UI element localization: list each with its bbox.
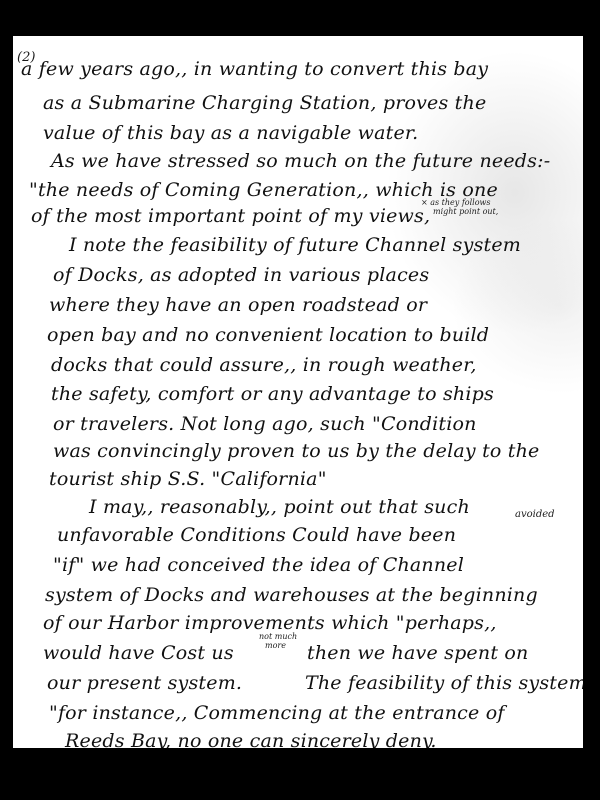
text-line-21b: then we have spent on (307, 642, 528, 664)
scan-frame: (2) a few years ago,, in wanting to conv… (0, 0, 600, 800)
interlinear-note-avoided: avoided (515, 510, 555, 519)
interlinear-note-more: more (265, 641, 286, 650)
text-line-18: "if" we had conceived the idea of Channe… (53, 554, 464, 576)
text-line-23: "for instance,, Commencing at the entran… (49, 702, 505, 724)
text-line-10: open bay and no convenient location to b… (47, 324, 489, 346)
text-line-20: of our Harbor improvements which "perhap… (43, 612, 497, 634)
text-line-22a: our present system. (47, 672, 242, 694)
text-line-17: unfavorable Conditions Could have been (57, 524, 456, 546)
text-line-7: I note the feasibility of future Channel… (69, 234, 521, 256)
text-line-9: where they have an open roadstead or (49, 294, 427, 316)
text-line-6: of the most important point of my views, (31, 205, 430, 227)
interlinear-note-as-they-follows: × as they follows (421, 198, 491, 207)
text-line-2: as a Submarine Charging Station, proves … (43, 92, 486, 114)
text-line-11: docks that could assure,, in rough weath… (51, 354, 477, 376)
text-line-8: of Docks, as adopted in various places (53, 264, 429, 286)
text-line-19: system of Docks and warehouses at the be… (45, 584, 538, 606)
text-line-16: I may,, reasonably,, point out that such (89, 496, 470, 518)
text-line-13: or travelers. Not long ago, such "Condit… (53, 413, 477, 435)
text-line-21a: would have Cost us (43, 642, 234, 664)
text-line-14: was convincingly proven to us by the del… (53, 440, 540, 462)
text-line-15: tourist ship S.S. "California" (49, 468, 327, 490)
interlinear-note-might-point-out: might point out, (433, 207, 498, 216)
interlinear-note-not-much: not much (259, 632, 297, 641)
text-line-3: value of this bay as a navigable water. (43, 122, 418, 144)
text-line-12: the safety, comfort or any advantage to … (51, 383, 494, 405)
text-line-4: As we have stressed so much on the futur… (51, 150, 550, 172)
handwritten-letter-page: (2) a few years ago,, in wanting to conv… (13, 36, 583, 748)
text-line-1: a few years ago,, in wanting to convert … (21, 58, 488, 80)
text-line-22b: The feasibility of this system (305, 672, 583, 694)
text-line-24: Reeds Bay, no one can sincerely deny. (65, 730, 437, 748)
